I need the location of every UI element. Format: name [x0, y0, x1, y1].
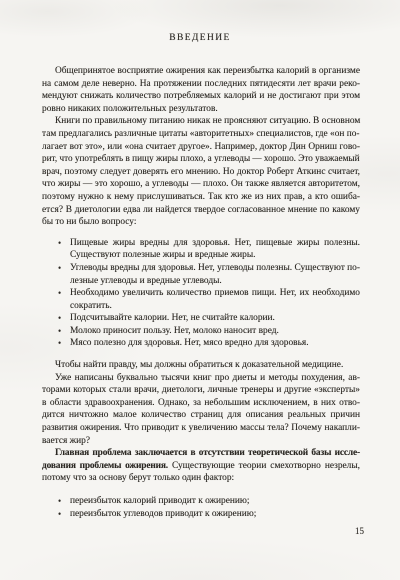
bullet-marker: • — [58, 262, 70, 287]
text-segment: сократить. — [70, 301, 112, 311]
paragraph: Чтобы найти правду, мы должны обратиться… — [42, 359, 360, 372]
text-segment: Углеводы вредны для здоровья. Нет, углев… — [70, 263, 360, 273]
bullet-marker: • — [58, 508, 70, 521]
bold-text-segment: Главная проблема заключается в отсутстви… — [55, 448, 360, 458]
bullet-list: •Пищевые жиры вредны для здоровья. Нет, … — [42, 237, 360, 350]
bullet-text: переизбыток калорий приводит к ожирению; — [70, 495, 360, 508]
text-segment: Книги по правильному питанию никак не пр… — [55, 116, 360, 126]
text-segment: потому что за основу берут только один ф… — [42, 473, 234, 483]
text-segment: Молоко приносит пользу. Нет, молоко нано… — [70, 326, 279, 336]
text-segment: ровно никаких положительных результатов. — [42, 104, 218, 114]
text-segment: что жиры — это хорошо, а углеводы — плох… — [42, 179, 360, 189]
text-line: что жиры — это хорошо, а углеводы — плох… — [42, 178, 360, 191]
text-segment: на самом деле неверно. На протяжении пос… — [42, 79, 360, 89]
text-line: мендуют снижать количество потребляемых … — [42, 90, 360, 103]
text-line: рит, что употреблять в пищу жиры плохо, … — [42, 153, 354, 166]
text-segment: Уже написаны буквально тысячи книг про д… — [55, 373, 360, 383]
text-segment: вается жир? — [42, 436, 90, 446]
bullet-marker: • — [58, 325, 70, 338]
paragraph: Главная проблема заключается в отсутстви… — [42, 447, 360, 485]
bullet-list: •переизбыток калорий приводит к ожирению… — [42, 495, 360, 520]
text-line: в области здравоохранения. Однако, за не… — [42, 397, 360, 410]
bullet-item: •переизбыток углеводов приводит к ожирен… — [58, 508, 360, 521]
text-line: Главная проблема заключается в отсутстви… — [42, 447, 360, 460]
bullet-text: Необходимо увеличить количество приемов … — [70, 287, 360, 312]
text-line: ется? В диетологии едва ли найдется твер… — [42, 204, 360, 217]
text-segment: переизбыток калорий приводит к ожирению; — [70, 496, 250, 506]
text-segment: Чтобы найти правду, мы должны обратиться… — [55, 360, 343, 370]
bullet-marker: • — [58, 337, 70, 350]
text-segment: дится ничтожно малое количество страниц … — [42, 410, 360, 420]
text-line: на самом деле неверно. На протяжении пос… — [42, 78, 360, 91]
text-segment: Подсчитывайте калории. Нет, не считайте … — [70, 313, 275, 323]
text-segment: Существуют полезные жиры и вредные жиры. — [70, 250, 256, 260]
bullet-text: Пищевые жиры вредны для здоровья. Нет, п… — [70, 237, 360, 262]
text-line: вается жир? — [42, 435, 360, 448]
text-segment: в области здравоохранения. Однако, за не… — [42, 398, 360, 408]
text-line: Углеводы вредны для здоровья. Нет, углев… — [70, 262, 360, 275]
bullet-text: Мясо полезно для здоровья. Нет, мясо вре… — [70, 337, 360, 350]
text-line: дования проблемы ожирения. Существующие … — [42, 460, 360, 473]
page-number: 15 — [355, 526, 364, 536]
text-line: переизбыток углеводов приводит к ожирени… — [70, 508, 360, 521]
text-segment: ется? В диетологии едва ли найдется твер… — [42, 205, 360, 215]
text-line: поэтому нужно к нему прислушиваться. Так… — [42, 191, 360, 204]
text-segment: Пищевые жиры вредны для здоровья. Нет, п… — [70, 238, 360, 248]
text-line: врач, поэтому следует доверять его мнени… — [42, 166, 360, 179]
text-block: Общепринятое восприятие ожирения как пер… — [42, 65, 360, 520]
text-line: лезные углеводы и вредные углеводы. — [70, 275, 360, 288]
text-line: Молоко приносит пользу. Нет, молоко нано… — [70, 325, 360, 338]
text-segment: Необходимо увеличить количество приемов … — [70, 288, 360, 298]
text-segment: лагает вот это», или «она считает другое… — [42, 142, 360, 152]
text-line: Уже написаны буквально тысячи книг про д… — [42, 372, 360, 385]
text-segment: там предлагались различные цитаты «автор… — [42, 129, 360, 139]
text-line: Мясо полезно для здоровья. Нет, мясо вре… — [70, 337, 360, 350]
bullet-item: •переизбыток калорий приводит к ожирению… — [58, 495, 360, 508]
spacer — [42, 229, 360, 237]
bullet-text: Молоко приносит пользу. Нет, молоко нано… — [70, 325, 360, 338]
text-segment: Мясо полезно для здоровья. Нет, мясо вре… — [70, 338, 309, 348]
chapter-title: ВВЕДЕНИЕ — [0, 33, 400, 43]
bullet-marker: • — [58, 287, 70, 312]
text-line: Подсчитывайте калории. Нет, не считайте … — [70, 312, 360, 325]
spacer — [42, 485, 360, 495]
text-line: бы то ни было вопросу: — [42, 216, 360, 229]
bullet-item: •Подсчитывайте калории. Нет, не считайте… — [58, 312, 360, 325]
paragraph: Уже написаны буквально тысячи книг про д… — [42, 372, 360, 448]
text-segment: переизбыток углеводов приводит к ожирени… — [70, 509, 256, 519]
text-segment: поэтому нужно к нему прислушиваться. Так… — [42, 192, 360, 202]
page-sheet: ВВЕДЕНИЕ Общепринятое восприятие ожирени… — [0, 0, 400, 580]
text-line: Существуют полезные жиры и вредные жиры. — [70, 249, 360, 262]
bullet-marker: • — [58, 312, 70, 325]
text-segment: развития ожирения. Что приводит к увелич… — [42, 423, 360, 433]
text-line: дится ничтожно малое количество страниц … — [42, 409, 360, 422]
bold-text-segment: дования проблемы ожирения. — [42, 461, 168, 471]
bullet-text: переизбыток углеводов приводит к ожирени… — [70, 508, 360, 521]
text-line: сократить. — [70, 300, 360, 313]
bullet-marker: • — [58, 237, 70, 262]
text-line: Чтобы найти правду, мы должны обратиться… — [42, 359, 360, 372]
text-line: Общепринятое восприятие ожирения как пер… — [42, 65, 360, 78]
text-line: торами которых стали врачи, диетологи, л… — [42, 384, 360, 397]
bullet-item: •Молоко приносит пользу. Нет, молоко нан… — [58, 325, 360, 338]
bullet-item: •Необходимо увеличить количество приемов… — [58, 287, 360, 312]
text-line: Необходимо увеличить количество приемов … — [70, 287, 360, 300]
text-segment: Общепринятое восприятие ожирения как пер… — [55, 66, 360, 76]
text-segment: мендуют снижать количество потребляемых … — [42, 91, 360, 101]
text-line: Пищевые жиры вредны для здоровья. Нет, п… — [70, 237, 360, 250]
text-segment: рит, что употреблять в пищу жиры плохо, … — [42, 154, 360, 164]
bullet-text: Подсчитывайте калории. Нет, не считайте … — [70, 312, 360, 325]
text-segment: торами которых стали врачи, диетологи, л… — [42, 385, 360, 395]
text-segment: лезные углеводы и вредные углеводы. — [70, 276, 222, 286]
text-line: там предлагались различные цитаты «автор… — [42, 128, 359, 141]
bullet-marker: • — [58, 495, 70, 508]
text-segment: бы то ни было вопросу: — [42, 217, 136, 227]
paragraph: Общепринятое восприятие ожирения как пер… — [42, 65, 360, 115]
text-segment: врач, поэтому следует доверять его мнени… — [42, 167, 360, 177]
text-line: потому что за основу берут только один ф… — [42, 472, 360, 485]
bullet-text: Углеводы вредны для здоровья. Нет, углев… — [70, 262, 360, 287]
bullet-item: •Мясо полезно для здоровья. Нет, мясо вр… — [58, 337, 360, 350]
text-line: ровно никаких положительных результатов. — [42, 103, 360, 116]
bullet-item: •Углеводы вредны для здоровья. Нет, угле… — [58, 262, 360, 287]
text-line: переизбыток калорий приводит к ожирению; — [70, 495, 360, 508]
spacer — [42, 350, 360, 359]
book-page-scan: { "colors": { "paper": "#f6f5f2", "ink":… — [0, 0, 400, 580]
paragraph: Книги по правильному питанию никак не пр… — [42, 115, 360, 228]
text-line: развития ожирения. Что приводит к увелич… — [42, 422, 360, 435]
text-line: лагает вот это», или «она считает другое… — [42, 141, 360, 154]
text-segment: Существующие теории смехотворно незрелы, — [168, 461, 360, 471]
bullet-item: •Пищевые жиры вредны для здоровья. Нет, … — [58, 237, 360, 262]
text-line: Книги по правильному питанию никак не пр… — [42, 115, 360, 128]
